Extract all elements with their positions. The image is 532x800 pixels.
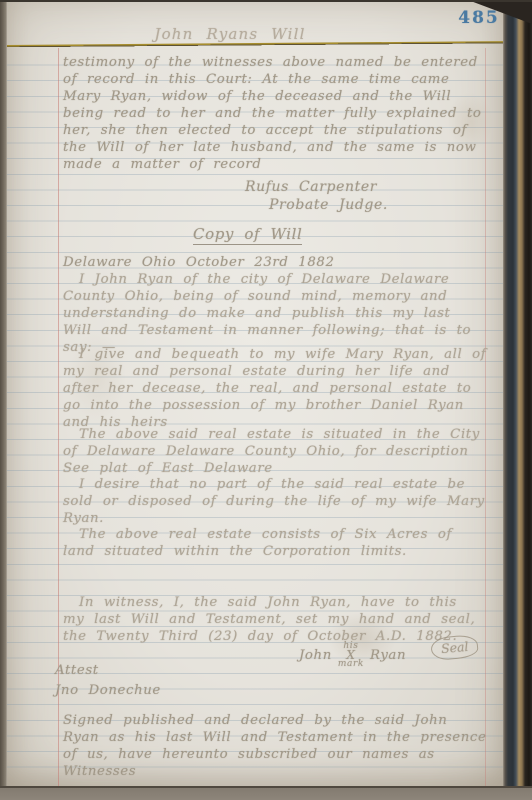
will-paragraph: I John Ryan of the city of Delaware Dela… — [63, 271, 487, 356]
page-left-edge — [0, 0, 7, 790]
attest-label: Attest — [55, 662, 99, 679]
will-section-heading: Copy of Will — [193, 226, 302, 243]
mark-label-mark: mark — [338, 660, 364, 668]
will-paragraph: I desire that no part of the said real e… — [63, 476, 487, 527]
will-dateline: Delaware Ohio October 23rd 1882 — [63, 254, 335, 271]
his-mark: his X mark — [338, 642, 364, 668]
page-header-title: John Ryans Will — [115, 25, 345, 43]
will-section-heading-text: Copy of Will — [193, 225, 302, 245]
will-paragraph: The above said real estate is situated i… — [63, 426, 487, 477]
testator-last-name: Ryan — [370, 647, 406, 664]
will-paragraph: In witness, I, the said John Ryan, have … — [63, 594, 487, 645]
witness-signature: Jno Donechue — [55, 682, 161, 699]
testator-first-name: John — [299, 647, 332, 664]
attestation-clause: Signed published and declared by the sai… — [63, 712, 487, 780]
desk-surface-strip — [0, 786, 532, 800]
ledger-book-photo: 485 John Ryans Will testimony of the wit… — [0, 0, 532, 800]
judge-signature: Rufus Carpenter — [245, 179, 377, 196]
court-record-closing-paragraph: testimony of the witnesses above named b… — [63, 54, 487, 173]
testator-signature: John his X mark Ryan — [299, 642, 406, 668]
ledger-page: 485 John Ryans Will testimony of the wit… — [7, 2, 503, 787]
book-binding-edge — [503, 0, 532, 790]
will-paragraph: The above real estate consists of Six Ac… — [63, 526, 487, 560]
photo-top-edge — [0, 0, 532, 2]
judge-title: Probate Judge. — [269, 197, 388, 214]
page-number: 485 — [457, 8, 501, 28]
will-paragraph: I give and bequeath to my wife Mary Ryan… — [63, 346, 487, 431]
